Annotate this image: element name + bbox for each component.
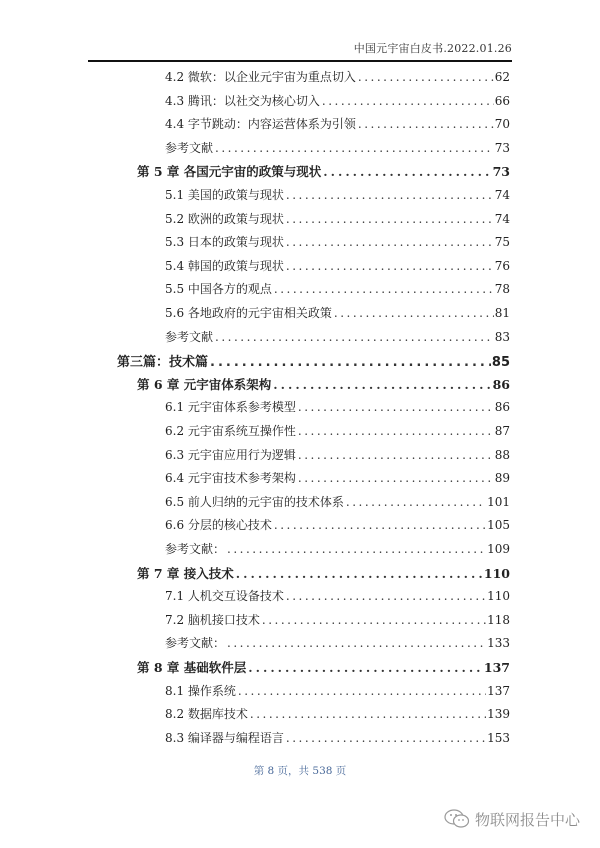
dot-leader [322,94,494,108]
dot-leader [286,235,494,249]
toc-entry-page-number: 76 [495,259,510,273]
toc-entry[interactable]: 参考文献73 [165,139,510,156]
toc-entry-label: 4.4 字节跳动：内容运营体系为引领 [165,115,357,132]
toc-entry-label: 6.4 元宇宙技术参考架构 [165,469,297,486]
toc-entry-page-number: 118 [487,613,510,627]
toc-entry-label: 参考文献 [165,139,214,156]
dot-leader [298,448,494,462]
toc-entry-page-number: 139 [487,707,510,721]
toc-entry-label: 第三篇：技术篇 [117,351,209,370]
toc-entry[interactable]: 5.4 韩国的政策与现状76 [165,257,510,274]
toc-entry-page-number: 74 [495,212,510,226]
toc-entry[interactable]: 5.2 欧洲的政策与现状74 [165,210,510,227]
toc-entry-label: 5.4 韩国的政策与现状 [165,257,285,274]
toc-entry[interactable]: 5.5 中国各方的观点78 [165,280,510,297]
toc-entry[interactable]: 6.2 元宇宙系统互操作性87 [165,422,510,439]
toc-entry[interactable]: 6.3 元宇宙应用行为逻辑88 [165,446,510,463]
toc-entry[interactable]: 6.1 元宇宙体系参考模型86 [165,398,510,415]
toc-entry-label: 6.2 元宇宙系统互操作性 [165,422,297,439]
toc-entry-label: 第 7 章 接入技术 [137,564,235,582]
dot-leader [298,471,494,485]
toc-entry-page-number: 83 [495,330,510,344]
toc-entry[interactable]: 4.2 微软：以企业元宇宙为重点切入62 [165,68,510,85]
dot-leader [227,542,486,556]
page-header-title: 中国元宇宙白皮书.2022.01.26 [354,40,512,56]
toc-entry-label: 8.1 操作系统 [165,682,237,699]
dot-leader [238,684,486,698]
toc-entry[interactable]: 第三篇：技术篇85 [117,351,510,370]
toc-entry[interactable]: 7.1 人机交互设备技术110 [165,587,510,604]
toc-entry-page-number: 70 [495,117,510,131]
watermark: 物联网报告中心 [443,808,580,830]
toc-entry-label: 5.5 中国各方的观点 [165,280,273,297]
toc-entry[interactable]: 5.3 日本的政策与现状75 [165,233,510,250]
toc-entry-page-number: 137 [487,684,510,698]
toc-entry[interactable]: 4.3 腾讯：以社交为核心切入66 [165,92,510,109]
dot-leader [262,613,486,627]
toc-entry-page-number: 105 [487,518,510,532]
toc-entry-page-number: 109 [487,542,510,556]
toc-entry-label: 6.5 前人归纳的元宇宙的技术体系 [165,493,345,510]
toc-entry-label: 第 8 章 基础软件层 [137,658,247,676]
toc-entry-page-number: 74 [495,188,510,202]
dot-leader [236,566,483,581]
dot-leader [210,355,491,370]
dot-leader [298,400,494,414]
dot-leader [274,282,494,296]
toc-entry[interactable]: 6.6 分层的核心技术105 [165,516,510,533]
toc-entry[interactable]: 4.4 字节跳动：内容运营体系为引领70 [165,115,510,132]
toc-entry[interactable]: 第 8 章 基础软件层137 [137,658,510,676]
toc-entry[interactable]: 6.5 前人归纳的元宇宙的技术体系101 [165,493,510,510]
dot-leader [298,424,494,438]
toc-entry-page-number: 75 [495,235,510,249]
dot-leader [273,377,491,392]
toc-entry-label: 第 5 章 各国元宇宙的政策与现状 [137,162,322,180]
toc-entry-label: 7.1 人机交互设备技术 [165,587,285,604]
dot-leader [227,636,486,650]
toc-entry-page-number: 110 [487,589,510,603]
toc-entry[interactable]: 7.2 脑机接口技术118 [165,611,510,628]
dot-leader [286,259,494,273]
dot-leader [286,731,486,745]
toc-entry-label: 5.3 日本的政策与现状 [165,233,285,250]
dot-leader [323,164,491,179]
toc-entry[interactable]: 第 5 章 各国元宇宙的政策与现状73 [137,162,510,180]
dot-leader [286,188,494,202]
dot-leader [248,660,483,675]
toc-entry-label: 6.3 元宇宙应用行为逻辑 [165,446,297,463]
toc-entry-page-number: 85 [492,355,510,370]
toc-entry[interactable]: 6.4 元宇宙技术参考架构89 [165,469,510,486]
toc-entry-page-number: 133 [487,636,510,650]
dot-leader [334,306,494,320]
toc-entry[interactable]: 第 6 章 元宇宙体系架构86 [137,375,510,393]
toc-entry-page-number: 110 [484,566,510,581]
dot-leader [215,141,494,155]
toc-entry-page-number: 73 [493,164,510,179]
dot-leader [358,117,494,131]
toc-entry-page-number: 86 [495,400,510,414]
toc-entry-page-number: 87 [495,424,510,438]
toc-entry-label: 5.6 各地政府的元宇宙相关政策 [165,304,333,321]
toc-entry-page-number: 89 [495,471,510,485]
toc-entry-page-number: 81 [495,306,510,320]
toc-entry-label: 6.6 分层的核心技术 [165,516,273,533]
dot-leader [286,589,486,603]
toc-entry-label: 参考文献： [165,634,226,651]
toc-entry-label: 5.2 欧洲的政策与现状 [165,210,285,227]
toc-entry[interactable]: 5.1 美国的政策与现状74 [165,186,510,203]
toc-entry-label: 4.2 微软：以企业元宇宙为重点切入 [165,68,357,85]
dot-leader [215,330,494,344]
toc-entry-page-number: 101 [487,495,510,509]
toc-entry[interactable]: 8.3 编译器与编程语言153 [165,729,510,746]
toc-entry[interactable]: 8.1 操作系统137 [165,682,510,699]
toc-entry[interactable]: 第 7 章 接入技术110 [137,564,510,582]
toc-entry-page-number: 73 [495,141,510,155]
toc-entry-label: 7.2 脑机接口技术 [165,611,261,628]
dot-leader [358,70,494,84]
toc-entry-page-number: 86 [493,377,510,392]
dot-leader [250,707,486,721]
toc-entry-label: 参考文献 [165,328,214,345]
toc-entry[interactable]: 参考文献83 [165,328,510,345]
header-rule [88,60,512,62]
toc-entry-page-number: 66 [495,94,510,108]
toc-entry-page-number: 137 [484,660,510,675]
watermark-text: 物联网报告中心 [475,809,580,830]
toc-entry-label: 参考文献： [165,540,226,557]
toc-entry-label: 8.2 数据库技术 [165,705,249,722]
toc-entry-page-number: 78 [495,282,510,296]
toc-entry-label: 第 6 章 元宇宙体系架构 [137,375,272,393]
wechat-icon [443,808,471,830]
toc-entry-page-number: 62 [495,70,510,84]
toc-entry[interactable]: 8.2 数据库技术139 [165,705,510,722]
toc-entry[interactable]: 参考文献：109 [165,540,510,557]
toc-entry[interactable]: 5.6 各地政府的元宇宙相关政策81 [165,304,510,321]
dot-leader [286,212,494,226]
toc-entry-page-number: 88 [495,448,510,462]
toc-entry[interactable]: 参考文献：133 [165,634,510,651]
page-footer: 第 8 页，共 538 页 [0,763,600,778]
dot-leader [346,495,486,509]
dot-leader [274,518,486,532]
toc-entry-label: 6.1 元宇宙体系参考模型 [165,398,297,415]
toc-entry-label: 5.1 美国的政策与现状 [165,186,285,203]
toc-entry-label: 8.3 编译器与编程语言 [165,729,285,746]
toc-entry-label: 4.3 腾讯：以社交为核心切入 [165,92,321,109]
toc-entry-page-number: 153 [487,731,510,745]
